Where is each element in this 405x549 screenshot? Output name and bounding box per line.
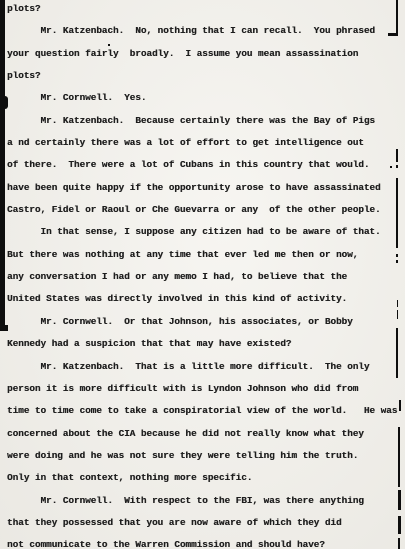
transcript-line: a nd certainly there was a lot of effort… — [7, 132, 405, 154]
transcript-line: concerned about the CIA because he did n… — [7, 423, 405, 445]
scanned-document-page: plots? Mr. Katzenbach. No, nothing that … — [0, 0, 405, 549]
transcript-line: have been quite happy if the opportunity… — [7, 177, 405, 199]
transcript-line: plots? — [7, 65, 405, 87]
transcript-line: any conversation I had or any memo I had… — [7, 266, 405, 288]
transcript-line: Mr. Katzenbach. No, nothing that I can r… — [7, 20, 405, 42]
transcript-line: United States was directly involved in t… — [7, 288, 405, 310]
transcript-line: But there was nothing at any time that e… — [7, 244, 405, 266]
transcript-line: were doing and he was not sure they were… — [7, 445, 405, 467]
transcript-line: Only in that context, nothing more speci… — [7, 467, 405, 489]
transcript-line: Mr. Katzenbach. That is a little more di… — [7, 356, 405, 378]
transcript-line: Mr. Katzenbach. Because certainly there … — [7, 110, 405, 132]
transcript-line: Kennedy had a suspicion that that may ha… — [7, 333, 405, 355]
transcript-line: not communicate to the Warren Commission… — [7, 534, 405, 549]
transcript-line: Mr. Cornwell. Yes. — [7, 87, 405, 109]
transcript-line: In that sense, I suppose any citizen had… — [7, 221, 405, 243]
transcript-line: Mr. Cornwell. With respect to the FBI, w… — [7, 490, 405, 512]
transcript-line: Castro, Fidel or Raoul or Che Guevarra o… — [7, 199, 405, 221]
transcript-text-block: plots? Mr. Katzenbach. No, nothing that … — [7, 0, 405, 549]
transcript-line: Mr. Cornwell. Or that Johnson, his assoc… — [7, 311, 405, 333]
transcript-line: plots? — [7, 0, 405, 20]
transcript-line: person it is more difficult with is Lynd… — [7, 378, 405, 400]
transcript-line: your question fairly broadly. I assume y… — [7, 43, 405, 65]
transcript-line: time to time come to take a conspiratori… — [7, 400, 405, 422]
transcript-line: that they possessed that you are now awa… — [7, 512, 405, 534]
left-scan-edge-bar — [0, 0, 5, 331]
transcript-line: of there. There were a lot of Cubans in … — [7, 154, 405, 176]
